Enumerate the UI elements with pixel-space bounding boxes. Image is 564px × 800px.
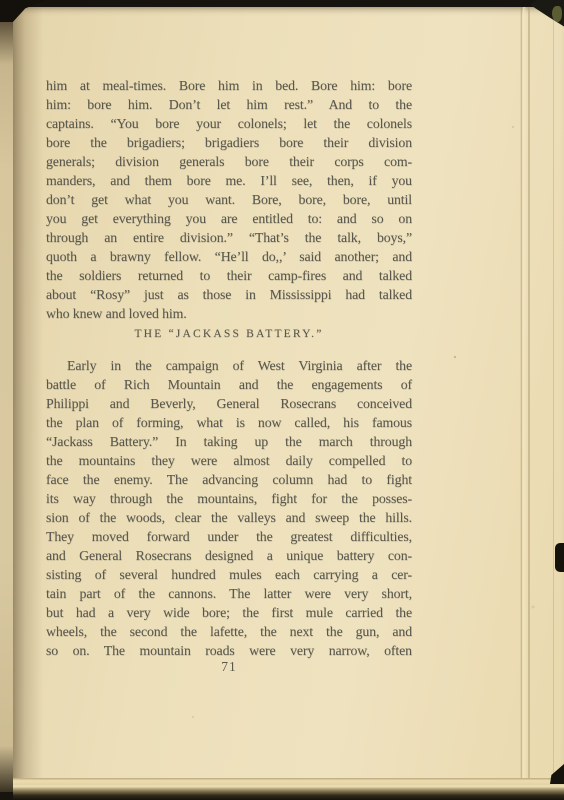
text-line: tain part of the cannons. The latter wer… <box>46 584 412 603</box>
text-line: manders, and them bore me. I’ll see, the… <box>46 171 412 190</box>
text-line: the mountains they were almost daily com… <box>46 451 412 470</box>
bottom-page-stack <box>13 778 564 800</box>
paragraph: Early in the campaign of West Virginia a… <box>46 356 412 660</box>
text-line: Philippi and Beverly, General Rosecrans … <box>46 394 412 413</box>
text-line: wheels, the second the lafette, the next… <box>46 622 412 641</box>
text-line: face the enemy. The advancing column had… <box>46 470 412 489</box>
text-line: the soldiers returned to their camp-fire… <box>46 266 412 285</box>
book-photo: him at meal-times. Bore him in bed. Bore… <box>0 0 564 800</box>
underlying-page-edge <box>0 18 13 792</box>
text-line: quoth a brawny fellow. “He’ll do,,’ said… <box>46 247 412 266</box>
gutter-shadow <box>13 7 43 778</box>
fore-edge-crease <box>528 7 530 778</box>
text-line: sisting of several hundred mules each ca… <box>46 565 412 584</box>
text-line: captains. “You bore your colonels; let t… <box>46 114 412 133</box>
text-line: Early in the campaign of West Virginia a… <box>46 356 412 375</box>
right-edge-mark <box>555 543 564 572</box>
text-line: “Jackass Battery.” In taking up the marc… <box>46 432 412 451</box>
text-line: battle of Rich Mountain and the engageme… <box>46 375 412 394</box>
text-line: bore the brigadiers; brigadiers bore the… <box>46 133 412 152</box>
text-line: him: bore him. Don’t let him rest.” And … <box>46 95 412 114</box>
text-line: its way through the mountains, fight for… <box>46 489 412 508</box>
fore-edge-crease <box>520 7 522 778</box>
text-line: about “Rosy” just as those in Mississipp… <box>46 285 412 304</box>
section-heading: THE “JACKASS BATTERY.” <box>46 328 412 343</box>
text-line: who knew and loved him. <box>46 304 412 323</box>
text-line: so on. The mountain roads were very narr… <box>46 641 412 660</box>
text-line: but had a very wide bore; the first mule… <box>46 603 412 622</box>
fore-edge-crease <box>553 7 554 778</box>
book-page: him at meal-times. Bore him in bed. Bore… <box>13 7 564 778</box>
text-line: you get everything you are entitled to: … <box>46 209 412 228</box>
text-line: don’t get what you want. Bore, bore, bor… <box>46 190 412 209</box>
text-line: him at meal-times. Bore him in bed. Bore… <box>46 76 412 95</box>
text-line: They moved forward under the greatest di… <box>46 527 412 546</box>
text-line: and General Rosecrans designed a unique … <box>46 546 412 565</box>
text-line: the plan of forming, what is now called,… <box>46 413 412 432</box>
fore-edge-highlight <box>523 7 527 778</box>
paragraph: him at meal-times. Bore him in bed. Bore… <box>46 76 412 323</box>
binding-corner-highlight <box>552 6 562 22</box>
text-line: through an entire division.” “That’s the… <box>46 228 412 247</box>
page-number: 71 <box>46 659 412 675</box>
text-block: him at meal-times. Bore him in bed. Bore… <box>46 76 412 660</box>
text-line: generals; division generals bore their c… <box>46 152 412 171</box>
text-line: sion of the woods, clear the valleys and… <box>46 508 412 527</box>
